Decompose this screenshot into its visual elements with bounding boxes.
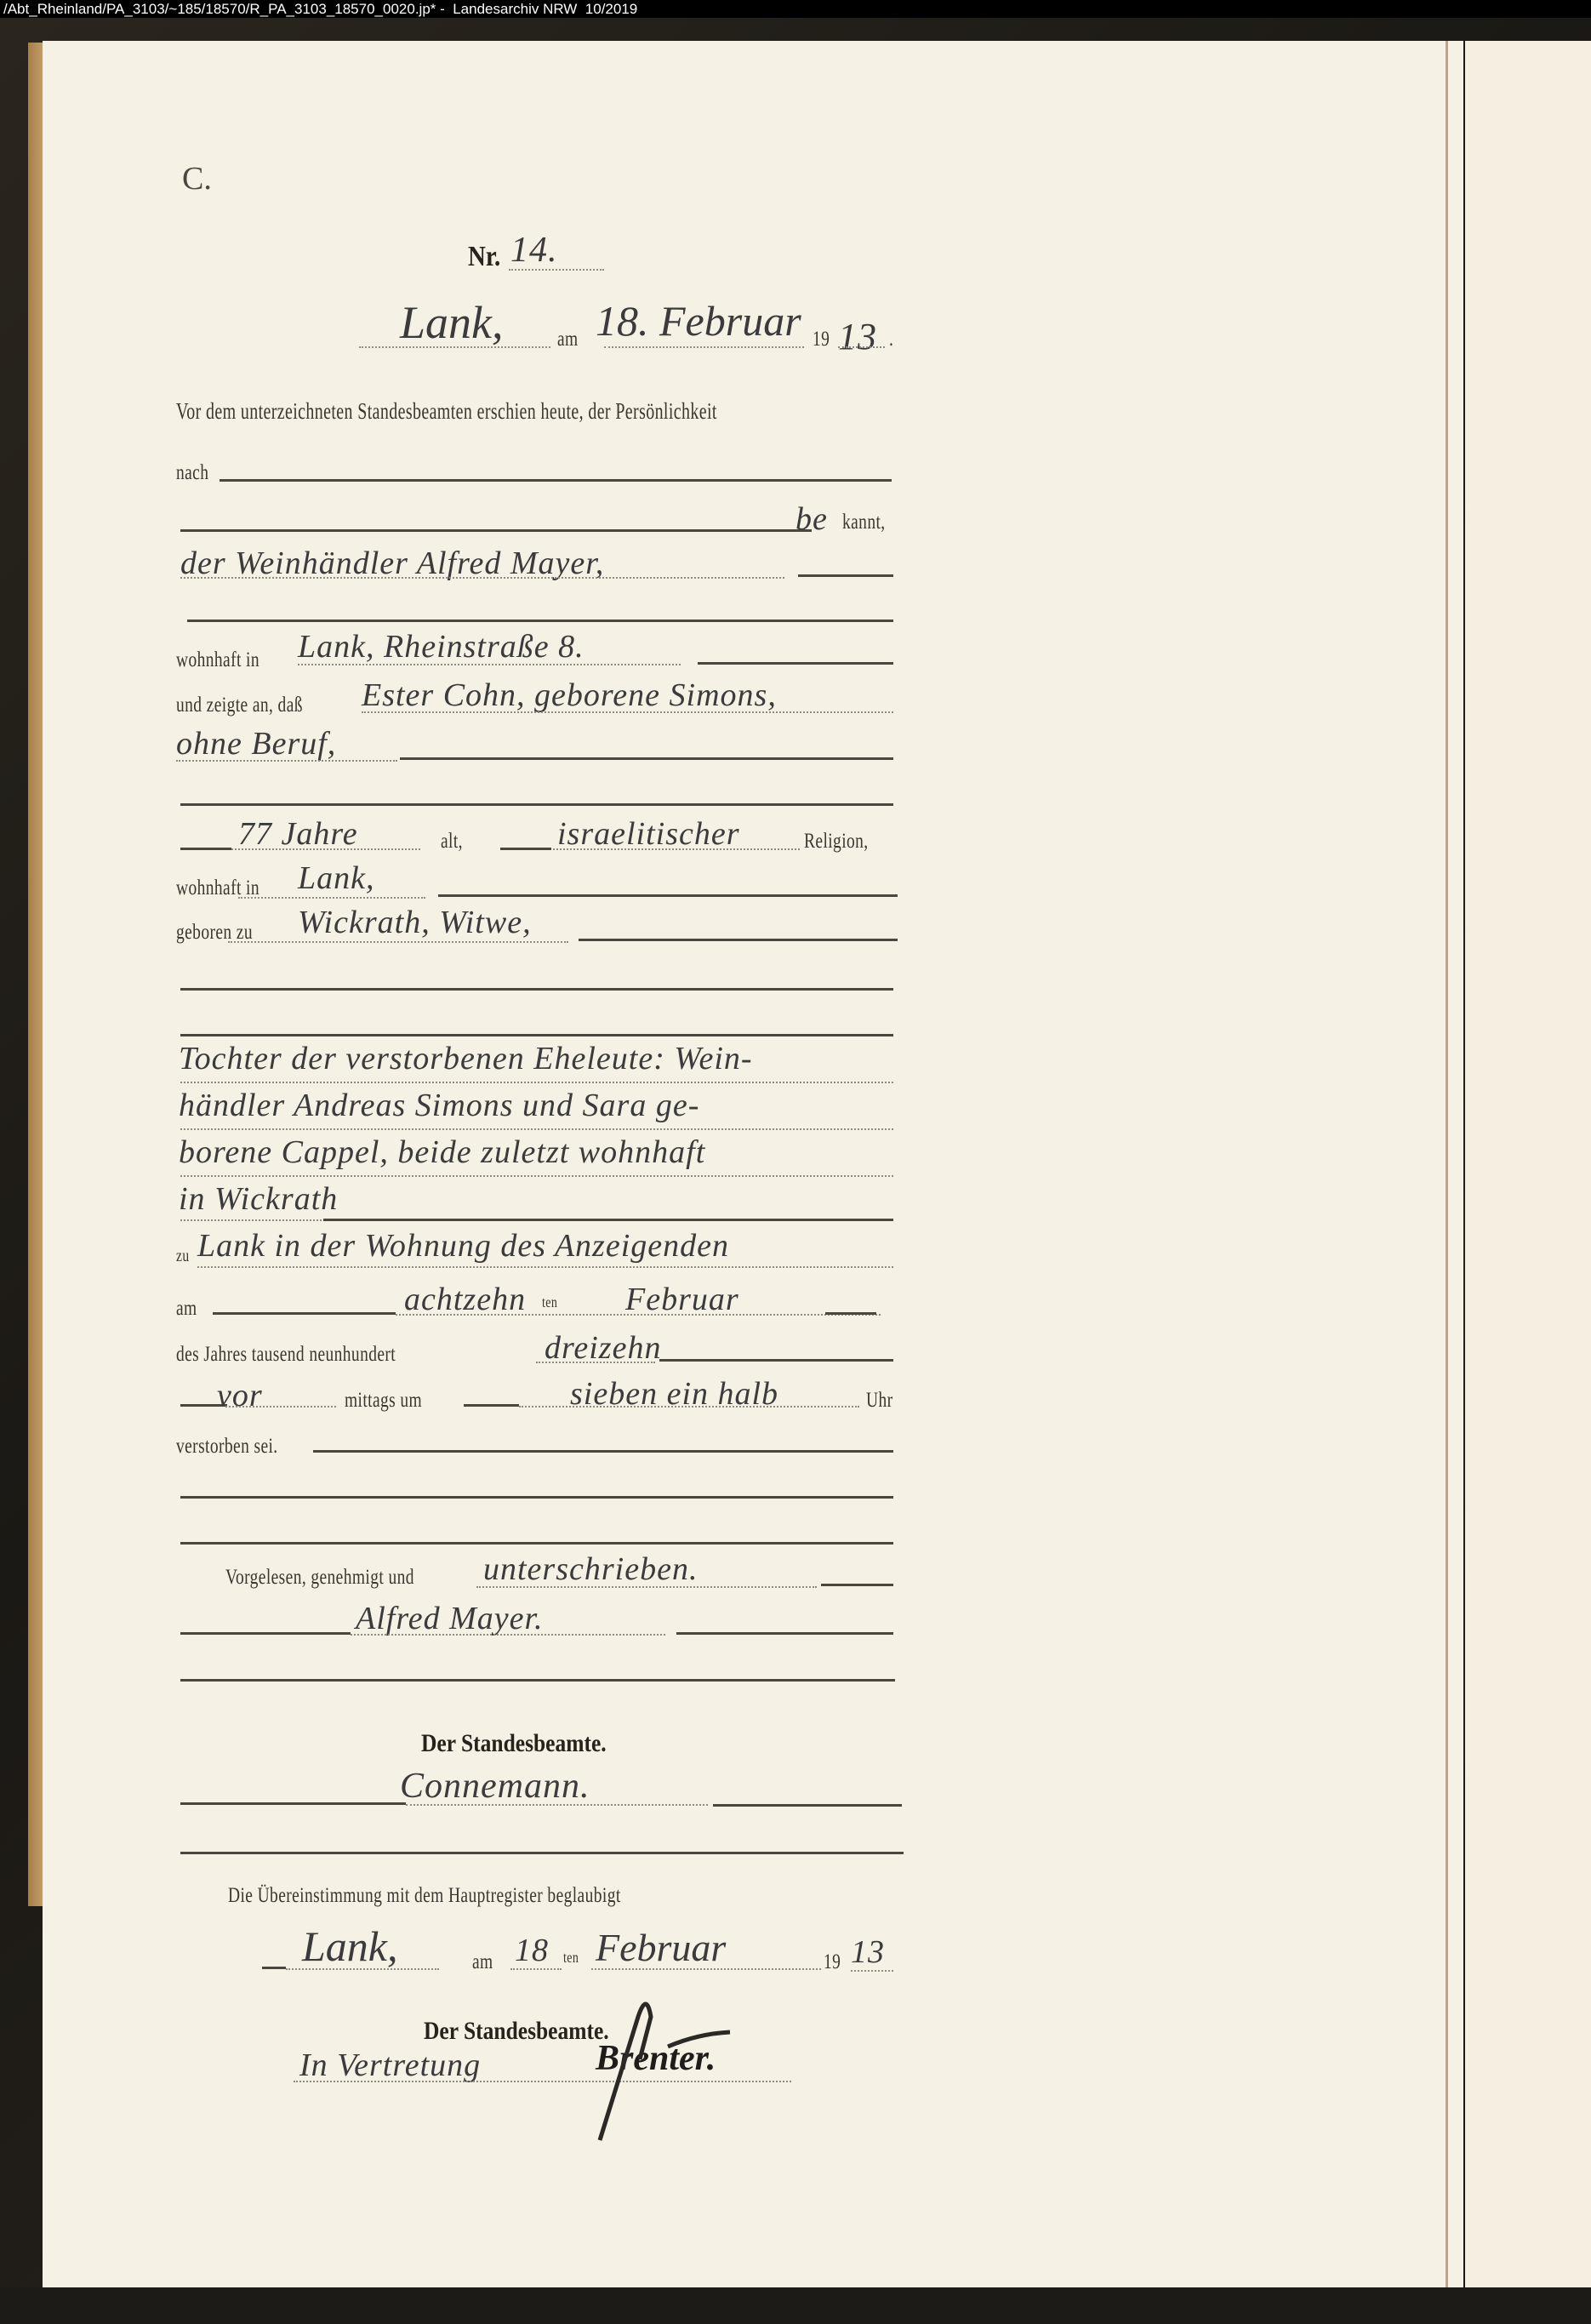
form-line: [180, 1542, 893, 1545]
form-line: [180, 848, 231, 850]
signature-dotted-line: [351, 1634, 665, 1636]
book-cover-bottom: [0, 2287, 1591, 2324]
form-line: [676, 1632, 893, 1635]
certification-text: Die Übereinstimmung mit dem Hauptregiste…: [228, 1884, 621, 1908]
form-line: [698, 662, 893, 665]
cert-year-prefix: 19: [824, 1950, 841, 1974]
cert-month: Februar: [596, 1925, 726, 1970]
place-value: Lank,: [400, 296, 504, 349]
cert-year-suffix: 13: [851, 1933, 885, 1971]
death-place: Lank in der Wohnung des Anzeigenden: [197, 1227, 729, 1265]
cert-year-dotted-line: [851, 1970, 893, 1972]
form-line: [180, 1632, 351, 1635]
parents-dotted-line: [180, 1082, 893, 1083]
cert-signature-prefix: In Vertretung: [299, 2047, 481, 2084]
parents-dotted-line: [180, 1219, 325, 1221]
uhr-label: Uhr: [866, 1389, 893, 1413]
religion-dotted-line: [553, 848, 800, 850]
form-line: [798, 574, 893, 577]
time-dotted-line: [519, 1406, 859, 1408]
right-page: [1465, 41, 1591, 2296]
parents-dotted-line: [180, 1128, 893, 1130]
form-line: [180, 1802, 406, 1805]
form-line: [821, 1584, 893, 1586]
form-line: [180, 803, 893, 806]
intro-text: Vor dem unterzeichneten Standesbeamten e…: [176, 398, 717, 425]
cert-place-dotted-line: [286, 1968, 439, 1970]
signature-flourish-icon: [587, 1983, 757, 2144]
form-line: [659, 1359, 893, 1362]
form-line: [323, 1219, 893, 1221]
ten-label: ten: [542, 1293, 557, 1311]
cert-day: 18: [515, 1932, 549, 1969]
mittags-label: mittags um: [345, 1389, 422, 1413]
informant-signature: Alfred Mayer.: [356, 1600, 544, 1637]
parents-line-1: Tochter der verstorbenen Eheleute: Wein-: [179, 1040, 753, 1077]
bekannt-print: kannt,: [842, 511, 886, 534]
standesbeamte-label: Der Standesbeamte.: [421, 1729, 607, 1758]
vorgelesen-dotted-line: [476, 1586, 817, 1588]
vorgelesen-label: Vorgelesen, genehmigt und: [225, 1566, 414, 1590]
parents-dotted-line: [180, 1175, 893, 1177]
form-line: [180, 1852, 904, 1854]
form-line: [213, 1312, 396, 1315]
zeigte-label: und zeigte an, daß: [176, 694, 303, 717]
year-period: .: [889, 328, 893, 351]
am-label: am: [176, 1297, 197, 1321]
form-line: [180, 1496, 893, 1499]
jahres-label: des Jahres tausend neunhundert: [176, 1343, 396, 1367]
form-line: [220, 479, 892, 482]
deceased-residence: Lank,: [298, 859, 375, 897]
cert-am-label: am: [472, 1950, 493, 1974]
year-dotted-line: [838, 346, 885, 348]
number-value: 14.: [510, 230, 558, 271]
parents-line-3: borene Cappel, beide zuletzt wohnhaft: [179, 1133, 705, 1171]
religion-value: israelitischer: [557, 815, 740, 853]
form-line: [180, 1034, 893, 1036]
form-line: [500, 848, 551, 850]
bekannt-hand: be: [795, 500, 828, 538]
form-line: [313, 1450, 893, 1453]
address-dotted-line: [298, 664, 681, 665]
form-line: [400, 757, 893, 760]
form-line: [262, 1967, 286, 1969]
death-month: Februar: [625, 1281, 739, 1318]
birthplace: Wickrath, Witwe,: [298, 904, 532, 941]
nach-label: nach: [176, 461, 208, 485]
verstorben-label: verstorben sei.: [176, 1435, 278, 1459]
form-line: [579, 939, 898, 941]
year-suffix: 13: [838, 315, 877, 358]
age-dotted-line: [231, 848, 420, 850]
vor-dotted-line: [225, 1406, 336, 1408]
form-line: [464, 1404, 519, 1407]
parents-line-2: händler Andreas Simons und Sara ge-: [179, 1087, 699, 1124]
form-line: [180, 988, 893, 991]
date-dotted-line: [604, 346, 804, 348]
year-words-dotted-line: [536, 1362, 655, 1363]
form-line: [180, 1679, 895, 1682]
year-prefix: 19: [813, 328, 830, 351]
age-value: 77 Jahre: [238, 815, 358, 853]
death-place-dotted-line: [197, 1266, 893, 1268]
am-label: am: [557, 328, 579, 351]
form-line: [713, 1804, 902, 1807]
deceased-name: Ester Cohn, geborene Simons,: [362, 677, 777, 714]
form-line: [825, 1312, 876, 1315]
cert-day-dotted-line: [510, 1968, 562, 1970]
informant-dotted-line: [180, 577, 784, 579]
book-gutter: [1446, 41, 1448, 2296]
informant-address: Lank, Rheinstraße 8.: [298, 628, 585, 665]
registrar-dotted-line: [406, 1804, 708, 1806]
viewer-title-bar: /Abt_Rheinland/PA_3103/~185/18570/R_PA_3…: [0, 0, 1591, 18]
registrar-signature: Connemann.: [400, 1766, 590, 1807]
alt-label: alt,: [441, 830, 463, 854]
deceased-occupation: ohne Beruf,: [176, 725, 336, 762]
vor-value: vor: [217, 1377, 263, 1414]
occupation-dotted-line: [176, 760, 397, 762]
number-dotted-line: [509, 269, 604, 271]
religion-label: Religion,: [804, 830, 869, 854]
death-day: achtzehn: [404, 1281, 526, 1318]
birthplace-dotted-line: [228, 941, 568, 943]
cert-ten-label: ten: [563, 1949, 579, 1967]
deceased-dotted-line: [362, 711, 893, 713]
cert-place: Lank,: [302, 1921, 398, 1971]
form-line: [187, 620, 893, 622]
cert-month-dotted-line: [591, 1968, 821, 1970]
number-label: Nr.: [468, 241, 500, 273]
form-line: [438, 894, 898, 897]
residence-dotted-line: [238, 897, 425, 899]
vorgelesen-value: unterschrieben.: [483, 1550, 698, 1588]
parents-line-4: in Wickrath: [179, 1180, 338, 1218]
zu-label: zu: [176, 1247, 190, 1266]
cert-standesbeamte-label: Der Standesbeamte.: [424, 2017, 609, 2046]
form-line: [180, 529, 812, 532]
page-stack-edge: [28, 43, 43, 1906]
wohnhaft-label-1: wohnhaft in: [176, 648, 259, 672]
section-letter: C.: [182, 160, 212, 197]
date-value: 18. Februar: [596, 296, 801, 345]
